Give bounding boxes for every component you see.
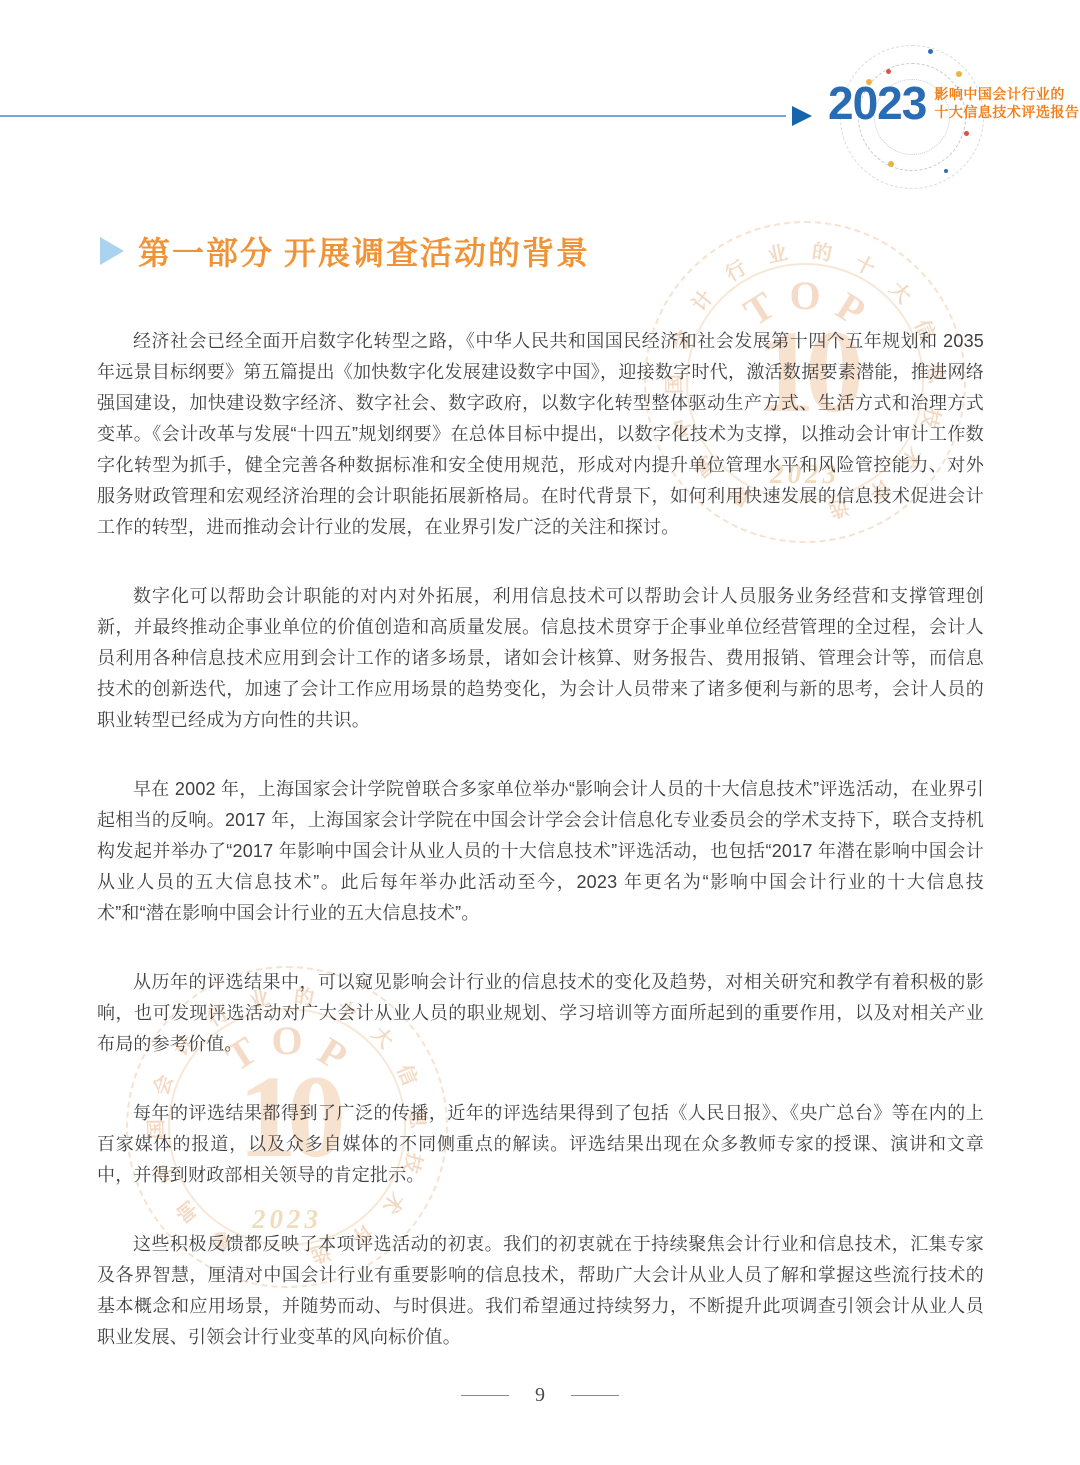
footer-rule-left — [461, 1395, 509, 1396]
body-paragraph: 从历年的评选结果中，可以窥见影响会计行业的信息技术的变化及趋势，对相关研究和教学… — [97, 967, 984, 1060]
footer-rule-right — [571, 1395, 619, 1396]
section-title: 第一部分 开展调查活动的背景 — [138, 228, 590, 274]
decoration-dot-icon — [956, 71, 962, 77]
decoration-dot-icon — [928, 49, 933, 54]
page-footer: 9 — [0, 1384, 1080, 1407]
section-title-block: 第一部分 开展调查活动的背景 — [100, 228, 590, 274]
section-marker-triangle-icon — [100, 237, 124, 265]
logo-title-line2: 十大信息技术评选报告 — [934, 103, 1079, 121]
decoration-dot-icon — [888, 161, 894, 167]
logo-year: 2023 — [828, 80, 926, 126]
decoration-dot-icon — [964, 131, 969, 136]
report-logo: 2023 影响中国会计行业的 十大信息技术评选报告 — [828, 80, 1079, 126]
body-paragraph: 每年的评选结果都得到了广泛的传播，近年的评选结果得到了包括《人民日报》、《央广总… — [97, 1098, 984, 1191]
report-page: 2023 影响中国会计行业的 十大信息技术评选报告 第一部分 开展调查活动的背景… — [0, 0, 1080, 1465]
decoration-dot-icon — [886, 69, 891, 74]
header-arrow-icon — [792, 106, 812, 126]
body-paragraph: 早在 2002 年，上海国家会计学院曾联合多家单位举办“影响会计人员的十大信息技… — [97, 774, 984, 929]
header-rule-line — [0, 115, 786, 117]
body-paragraph: 数字化可以帮助会计职能的对内对外拓展，利用信息技术可以帮助会计人员服务业务经营和… — [97, 581, 984, 736]
body-paragraph: 这些积极反馈都反映了本项评选活动的初衷。我们的初衷就在于持续聚焦会计行业和信息技… — [97, 1229, 984, 1353]
page-number: 9 — [535, 1384, 545, 1407]
logo-title-line1: 影响中国会计行业的 — [934, 85, 1079, 103]
decoration-dot-icon — [944, 169, 948, 173]
logo-title: 影响中国会计行业的 十大信息技术评选报告 — [934, 85, 1079, 121]
body-content: 经济社会已经全面开启数字化转型之路，《中华人民共和国国民经济和社会发展第十四个五… — [97, 326, 984, 1391]
body-paragraph: 经济社会已经全面开启数字化转型之路，《中华人民共和国国民经济和社会发展第十四个五… — [97, 326, 984, 543]
